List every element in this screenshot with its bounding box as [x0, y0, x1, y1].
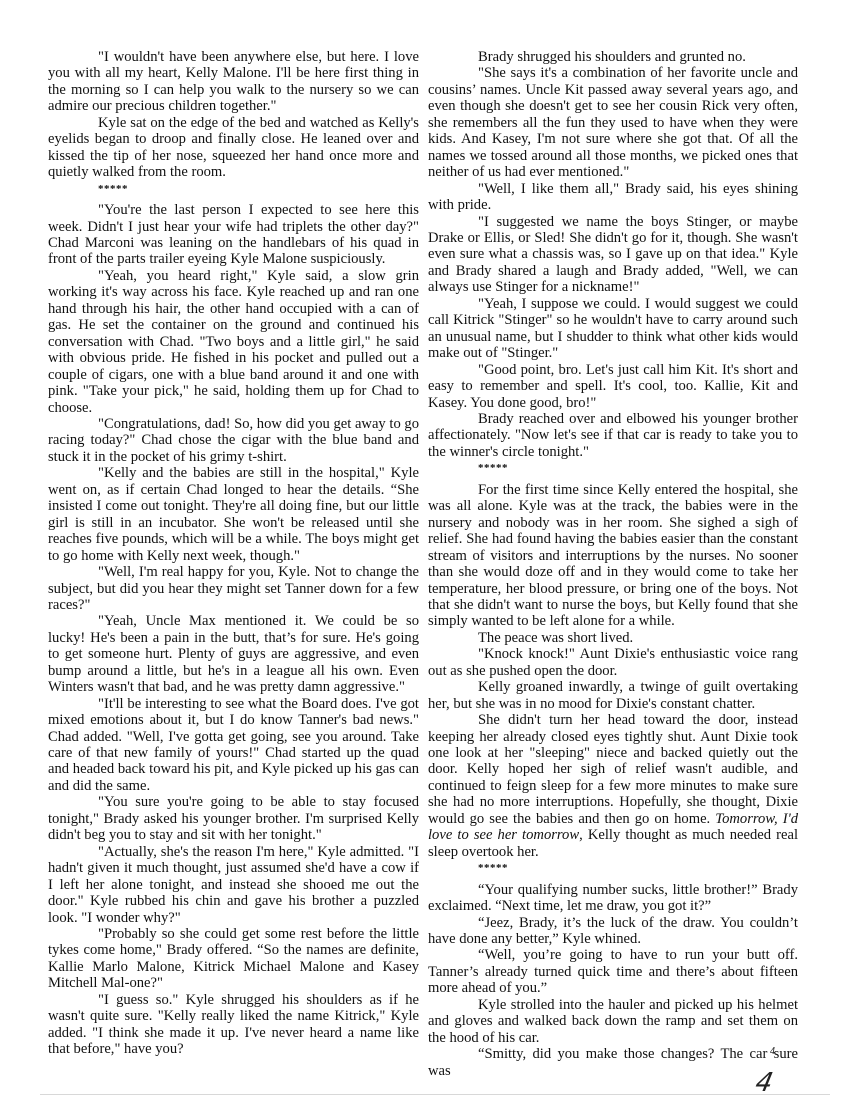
paragraph: "You sure you're going to be able to sta…: [48, 794, 419, 843]
paragraph: "Well, I like them all," Brady said, his…: [428, 181, 798, 214]
paragraph: “Jeez, Brady, it’s the luck of the draw.…: [428, 915, 798, 948]
paragraph: "You're the last person I expected to se…: [48, 202, 419, 268]
paragraph: "I wouldn't have been anywhere else, but…: [48, 49, 419, 115]
paragraph: Kelly groaned inwardly, a twinge of guil…: [428, 679, 798, 712]
page-number-printed: 4: [770, 1046, 775, 1057]
text-run: She didn't turn her head toward the door…: [428, 712, 798, 827]
scan-edge-line: [40, 1094, 830, 1095]
paragraph: Brady shrugged his shoulders and grunted…: [428, 49, 798, 65]
paragraph: “Well, you’re going to have to run your …: [428, 947, 798, 996]
paragraph: "Knock knock!" Aunt Dixie's enthusiastic…: [428, 646, 798, 679]
paragraph: "Probably so she could get some rest bef…: [48, 926, 419, 992]
paragraph: "She says it's a combination of her favo…: [428, 65, 798, 180]
paragraph: "Good point, bro. Let's just call him Ki…: [428, 362, 798, 411]
paragraph: For the first time since Kelly entered t…: [428, 482, 798, 630]
paragraph: "Kelly and the babies are still in the h…: [48, 465, 419, 564]
paragraph: "Yeah, you heard right," Kyle said, a sl…: [48, 268, 419, 416]
paragraph: Kyle sat on the edge of the bed and watc…: [48, 115, 419, 181]
right-column: Brady shrugged his shoulders and grunted…: [428, 49, 798, 1079]
paragraph: "Well, I'm real happy for you, Kyle. Not…: [48, 564, 419, 613]
document-page: "I wouldn't have been anywhere else, but…: [0, 0, 850, 1100]
paragraph: Kyle strolled into the hauler and picked…: [428, 997, 798, 1046]
paragraph: "It'll be interesting to see what the Bo…: [48, 696, 419, 795]
paragraph: "I guess so." Kyle shrugged his shoulder…: [48, 992, 419, 1058]
left-column: "I wouldn't have been anywhere else, but…: [48, 49, 419, 1058]
paragraph: "Actually, she's the reason I'm here," K…: [48, 844, 419, 926]
scene-break: *****: [48, 181, 419, 197]
paragraph: "Yeah, Uncle Max mentioned it. We could …: [48, 613, 419, 695]
scene-break: *****: [428, 460, 798, 476]
paragraph: "Yeah, I suppose we could. I would sugge…: [428, 296, 798, 362]
paragraph: “Smitty, did you make those changes? The…: [428, 1046, 798, 1079]
scene-break: *****: [428, 860, 798, 876]
paragraph-with-italic: She didn't turn her head toward the door…: [428, 712, 798, 860]
paragraph: "I suggested we name the boys Stinger, o…: [428, 214, 798, 296]
paragraph: "Congratulations, dad! So, how did you g…: [48, 416, 419, 465]
paragraph: Brady reached over and elbowed his young…: [428, 411, 798, 460]
paragraph: The peace was short lived.: [428, 630, 798, 646]
paragraph: “Your qualifying number sucks, little br…: [428, 882, 798, 915]
